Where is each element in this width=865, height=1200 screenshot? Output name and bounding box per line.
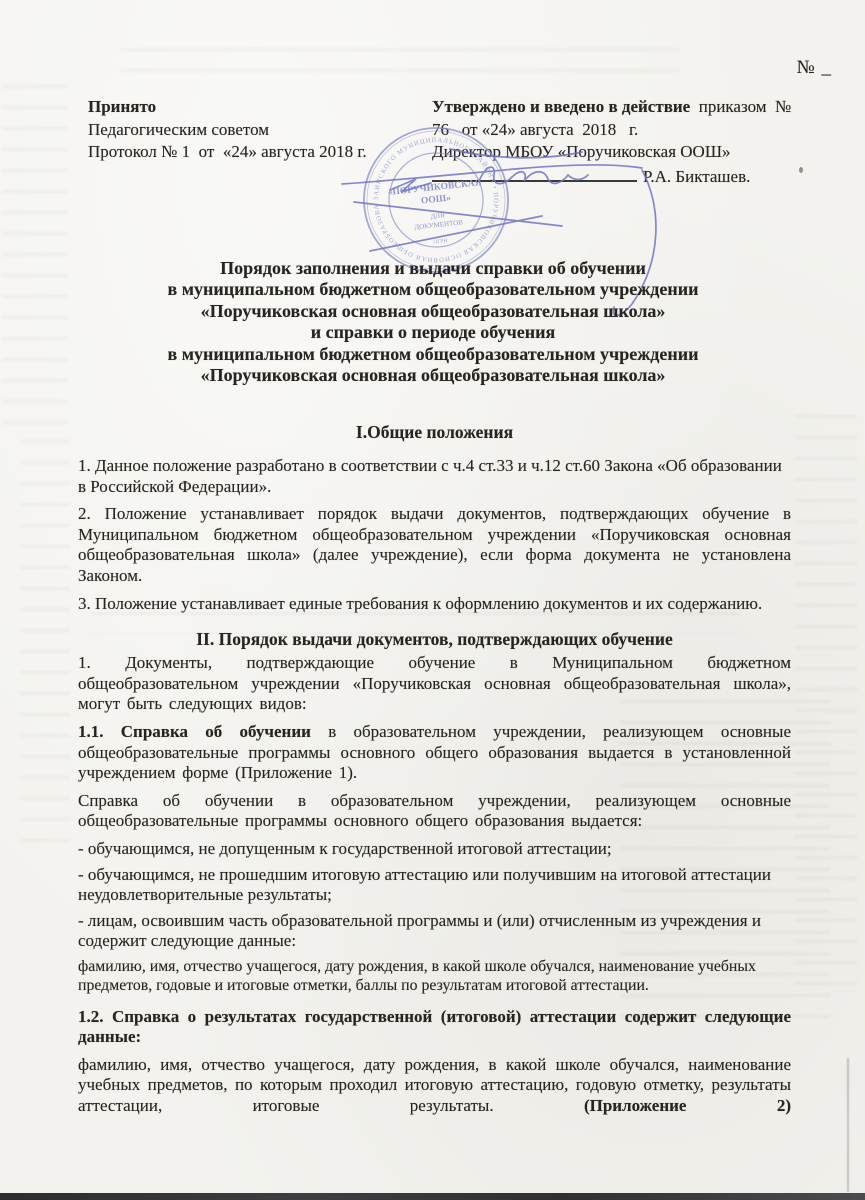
scan-edge-band bbox=[0, 1193, 865, 1200]
order-number-date: 76 от «24» августа 2018 г. bbox=[432, 119, 814, 142]
signature-row: Р.А. Бикташев. bbox=[432, 166, 814, 189]
stamp-center-line3: ДЛЯ bbox=[430, 211, 445, 220]
title-line: в муниципальном бюджетном общеобразовате… bbox=[76, 344, 790, 365]
bleed-through-artifact bbox=[20, 440, 70, 860]
scanned-document-page: № _ Принято Педагогическим советом Прото… bbox=[0, 0, 865, 1200]
clause-1-1-label: 1.1. Справка об обучении bbox=[78, 722, 311, 741]
bleed-through-artifact bbox=[2, 85, 68, 435]
document-number: № _ bbox=[797, 57, 832, 79]
section2-paragraph-issued: Справка об обучении в образовательном уч… bbox=[78, 791, 791, 832]
document-body: I.Общие положения 1. Данное положение ра… bbox=[78, 421, 791, 1124]
signature-stroke bbox=[370, 216, 542, 251]
accepted-label: Принято bbox=[88, 96, 423, 119]
accepted-block: Принято Педагогическим советом Протокол … bbox=[88, 96, 423, 164]
data-contents-note: фамилию, имя, отчество учащегося, дату р… bbox=[78, 957, 791, 996]
list-item: - обучающимся, не прошедшим итоговую атт… bbox=[78, 865, 791, 906]
title-line: и справки о периоде обучения bbox=[76, 322, 790, 343]
list-item: - обучающимся, не допущенным к государст… bbox=[78, 839, 791, 860]
stamp-center-line2: ООШ» bbox=[421, 193, 452, 206]
bleed-through-artifact bbox=[795, 415, 857, 985]
bleed-through-artifact bbox=[120, 48, 680, 72]
section1-paragraph-1: 1. Данное положение разработано в соотве… bbox=[78, 456, 791, 497]
appendix-2-reference: (Приложение 2) bbox=[584, 1096, 791, 1115]
approved-block: Утверждено и введено в действие приказом… bbox=[432, 96, 814, 188]
section1-heading: I.Общие положения bbox=[78, 421, 791, 443]
approved-line: Утверждено и введено в действие приказом… bbox=[432, 96, 814, 119]
section1-paragraph-3: 3. Положение устанавливает единые требов… bbox=[78, 594, 791, 615]
approved-order: приказом № bbox=[690, 97, 791, 116]
section1-paragraph-2: 2. Положение устанавливает порядок выдач… bbox=[78, 504, 791, 586]
signature-stroke bbox=[354, 202, 562, 226]
section2-heading: II. Порядок выдачи документов, подтвержд… bbox=[78, 628, 791, 650]
scan-edge-line bbox=[847, 1058, 849, 1192]
clause-1-2-heading: 1.2. Справка о результатах государственн… bbox=[78, 1007, 791, 1048]
section2-paragraph-1: 1. Документы, подтверждающие обучение в … bbox=[78, 653, 791, 715]
stamp-ogrn-text: ОГРН bbox=[433, 238, 448, 245]
stamp-center-line4: ДОКУМЕНТОВ bbox=[414, 218, 464, 231]
director-line: Директор МБОУ «Поручиковская ООШ» bbox=[432, 141, 814, 164]
title-line: «Поручиковская основная общеобразователь… bbox=[76, 301, 790, 322]
accepted-by: Педагогическим советом bbox=[88, 119, 423, 142]
section2-paragraph-1-1: 1.1. Справка об обучении в образовательн… bbox=[78, 722, 791, 784]
list-item: - лицам, освоившим часть образовательной… bbox=[78, 911, 791, 952]
document-title: Порядок заполнения и выдачи справки об о… bbox=[76, 258, 790, 386]
title-line: Порядок заполнения и выдачи справки об о… bbox=[76, 258, 790, 279]
signer-name: Р.А. Бикташев. bbox=[643, 167, 750, 186]
clause-1-2-text: фамилию, имя, отчество учащегося, дату р… bbox=[78, 1055, 791, 1117]
title-line: в муниципальном бюджетном общеобразовате… bbox=[76, 279, 790, 300]
signature-line bbox=[432, 168, 637, 182]
signature-stroke bbox=[390, 179, 431, 192]
protocol-line: Протокол № 1 от «24» августа 2018 г. bbox=[88, 141, 423, 164]
approved-label: Утверждено и введено в действие bbox=[432, 97, 690, 116]
title-line: «Поручиковская основная общеобразователь… bbox=[76, 365, 790, 386]
